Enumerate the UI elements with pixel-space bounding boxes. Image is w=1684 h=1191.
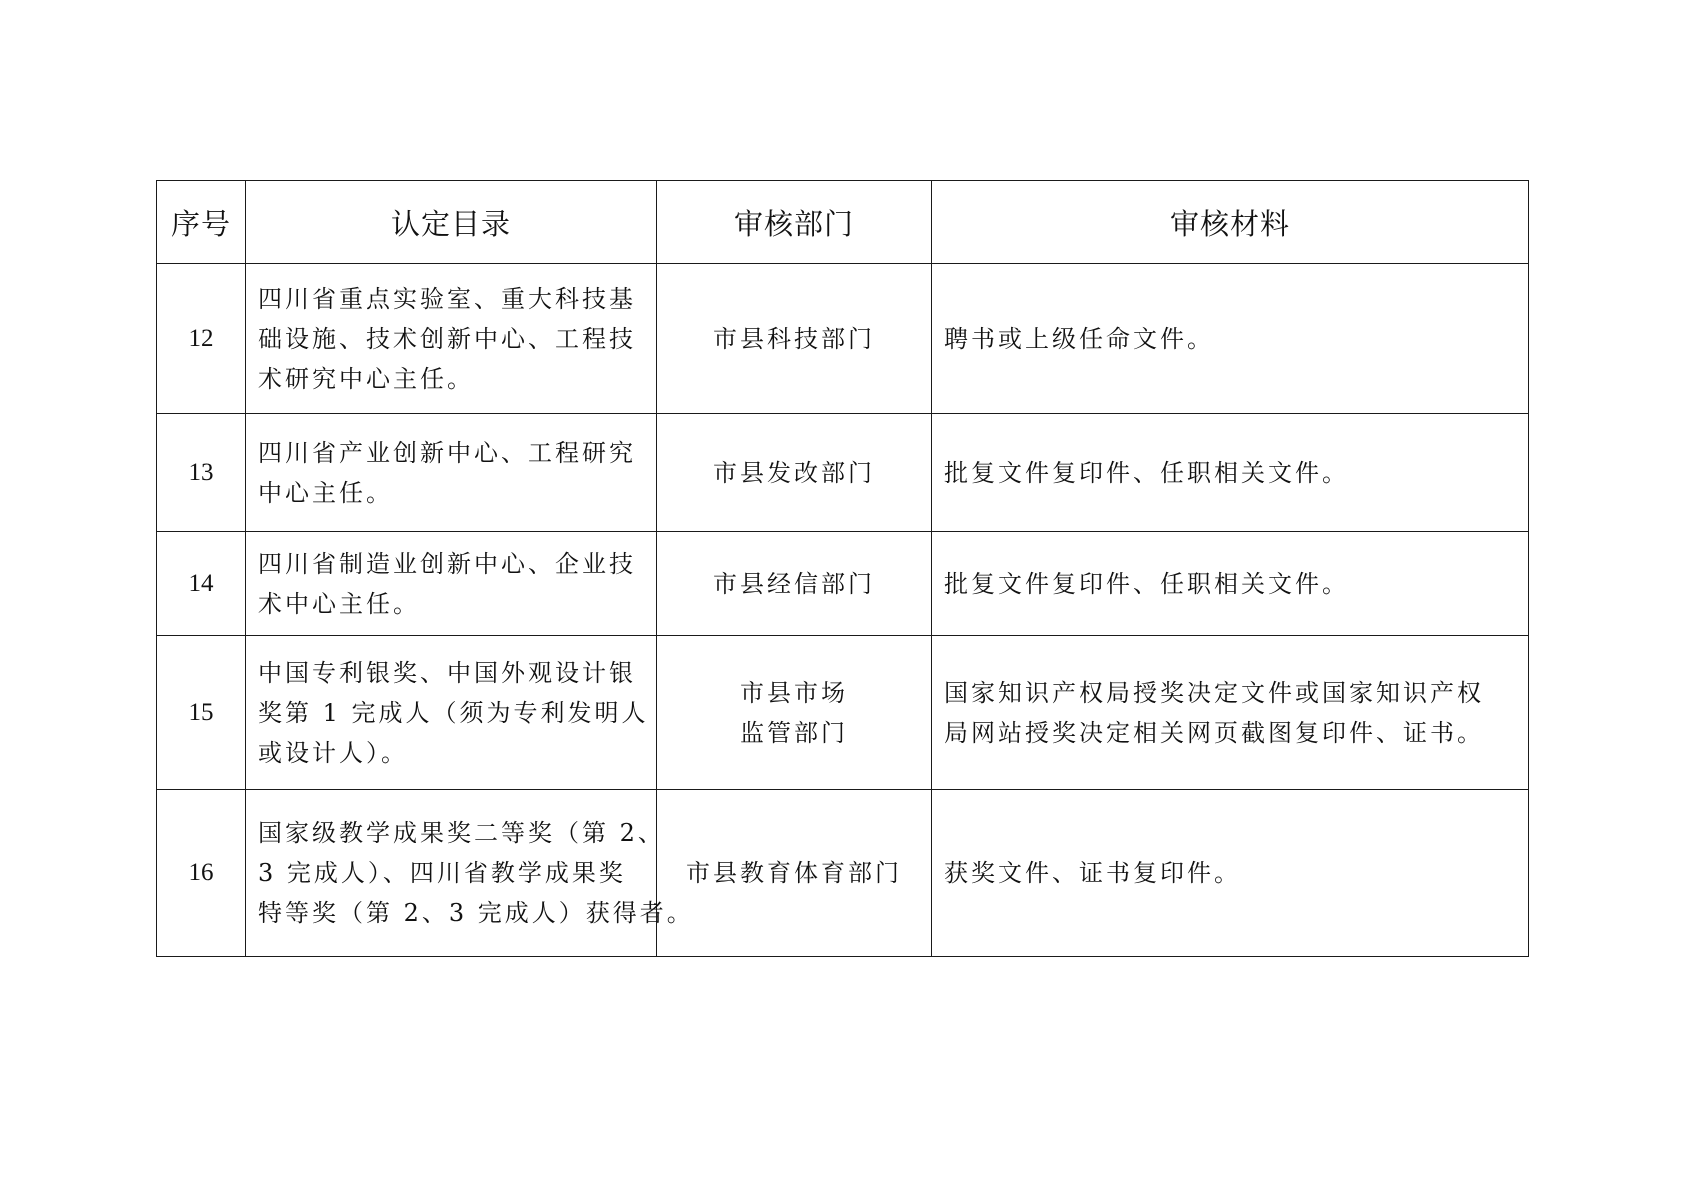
department-line: 市县发改部门 bbox=[657, 453, 931, 493]
materials-line: 批复文件复印件、任职相关文件。 bbox=[944, 453, 1518, 493]
department-cell: 市县经信部门 bbox=[657, 532, 932, 636]
header-review-department: 审核部门 bbox=[657, 181, 932, 264]
row-number: 12 bbox=[157, 264, 246, 414]
catalog-cell: 四川省制造业创新中心、企业技 术中心主任。 bbox=[246, 532, 657, 636]
department-cell: 市县教育体育部门 bbox=[657, 790, 932, 957]
certification-table: 序号 认定目录 审核部门 审核材料 12 四川省重点实验室、重大科技基 础设施、… bbox=[156, 180, 1529, 957]
materials-cell: 聘书或上级任命文件。 bbox=[932, 264, 1529, 414]
catalog-line: 术研究中心主任。 bbox=[258, 359, 646, 399]
materials-line: 局网站授奖决定相关网页截图复印件、证书。 bbox=[944, 713, 1518, 753]
catalog-line: 国家级教学成果奖二等奖（第 2、 bbox=[258, 813, 646, 853]
catalog-line: 中心主任。 bbox=[258, 473, 646, 513]
catalog-cell: 四川省重点实验室、重大科技基 础设施、技术创新中心、工程技 术研究中心主任。 bbox=[246, 264, 657, 414]
materials-line: 批复文件复印件、任职相关文件。 bbox=[944, 564, 1518, 604]
row-number: 14 bbox=[157, 532, 246, 636]
table-row: 14 四川省制造业创新中心、企业技 术中心主任。 市县经信部门 批复文件复印件、… bbox=[157, 532, 1529, 636]
materials-cell: 国家知识产权局授奖决定文件或国家知识产权 局网站授奖决定相关网页截图复印件、证书… bbox=[932, 636, 1529, 790]
document-page: 序号 认定目录 审核部门 审核材料 12 四川省重点实验室、重大科技基 础设施、… bbox=[0, 0, 1684, 1191]
department-cell: 市县市场 监管部门 bbox=[657, 636, 932, 790]
row-number: 15 bbox=[157, 636, 246, 790]
department-line: 市县教育体育部门 bbox=[657, 853, 931, 893]
catalog-line: 四川省重点实验室、重大科技基 bbox=[258, 279, 646, 319]
header-serial-number: 序号 bbox=[157, 181, 246, 264]
table-row: 16 国家级教学成果奖二等奖（第 2、 3 完成人）、四川省教学成果奖 特等奖（… bbox=[157, 790, 1529, 957]
catalog-line: 四川省制造业创新中心、企业技 bbox=[258, 544, 646, 584]
row-number: 13 bbox=[157, 414, 246, 532]
department-line: 市县科技部门 bbox=[657, 319, 931, 359]
catalog-cell: 国家级教学成果奖二等奖（第 2、 3 完成人）、四川省教学成果奖 特等奖（第 2… bbox=[246, 790, 657, 957]
catalog-line: 术中心主任。 bbox=[258, 584, 646, 624]
catalog-line: 奖第 1 完成人（须为专利发明人 bbox=[258, 693, 646, 733]
catalog-cell: 中国专利银奖、中国外观设计银 奖第 1 完成人（须为专利发明人 或设计人）。 bbox=[246, 636, 657, 790]
header-certification-catalog: 认定目录 bbox=[246, 181, 657, 264]
materials-line: 获奖文件、证书复印件。 bbox=[944, 853, 1518, 893]
materials-cell: 获奖文件、证书复印件。 bbox=[932, 790, 1529, 957]
table-row: 13 四川省产业创新中心、工程研究 中心主任。 市县发改部门 批复文件复印件、任… bbox=[157, 414, 1529, 532]
header-review-materials: 审核材料 bbox=[932, 181, 1529, 264]
catalog-line: 特等奖（第 2、3 完成人）获得者。 bbox=[258, 893, 646, 933]
department-line: 监管部门 bbox=[657, 713, 931, 753]
table-row: 15 中国专利银奖、中国外观设计银 奖第 1 完成人（须为专利发明人 或设计人）… bbox=[157, 636, 1529, 790]
table-row: 12 四川省重点实验室、重大科技基 础设施、技术创新中心、工程技 术研究中心主任… bbox=[157, 264, 1529, 414]
catalog-line: 或设计人）。 bbox=[258, 733, 646, 773]
table-header-row: 序号 认定目录 审核部门 审核材料 bbox=[157, 181, 1529, 264]
catalog-line: 四川省产业创新中心、工程研究 bbox=[258, 433, 646, 473]
catalog-cell: 四川省产业创新中心、工程研究 中心主任。 bbox=[246, 414, 657, 532]
department-line: 市县市场 bbox=[657, 673, 931, 713]
materials-line: 国家知识产权局授奖决定文件或国家知识产权 bbox=[944, 673, 1518, 713]
catalog-line: 础设施、技术创新中心、工程技 bbox=[258, 319, 646, 359]
catalog-line: 3 完成人）、四川省教学成果奖 bbox=[258, 853, 646, 893]
department-line: 市县经信部门 bbox=[657, 564, 931, 604]
department-cell: 市县发改部门 bbox=[657, 414, 932, 532]
row-number: 16 bbox=[157, 790, 246, 957]
materials-line: 聘书或上级任命文件。 bbox=[944, 319, 1518, 359]
catalog-line: 中国专利银奖、中国外观设计银 bbox=[258, 653, 646, 693]
materials-cell: 批复文件复印件、任职相关文件。 bbox=[932, 414, 1529, 532]
department-cell: 市县科技部门 bbox=[657, 264, 932, 414]
materials-cell: 批复文件复印件、任职相关文件。 bbox=[932, 532, 1529, 636]
